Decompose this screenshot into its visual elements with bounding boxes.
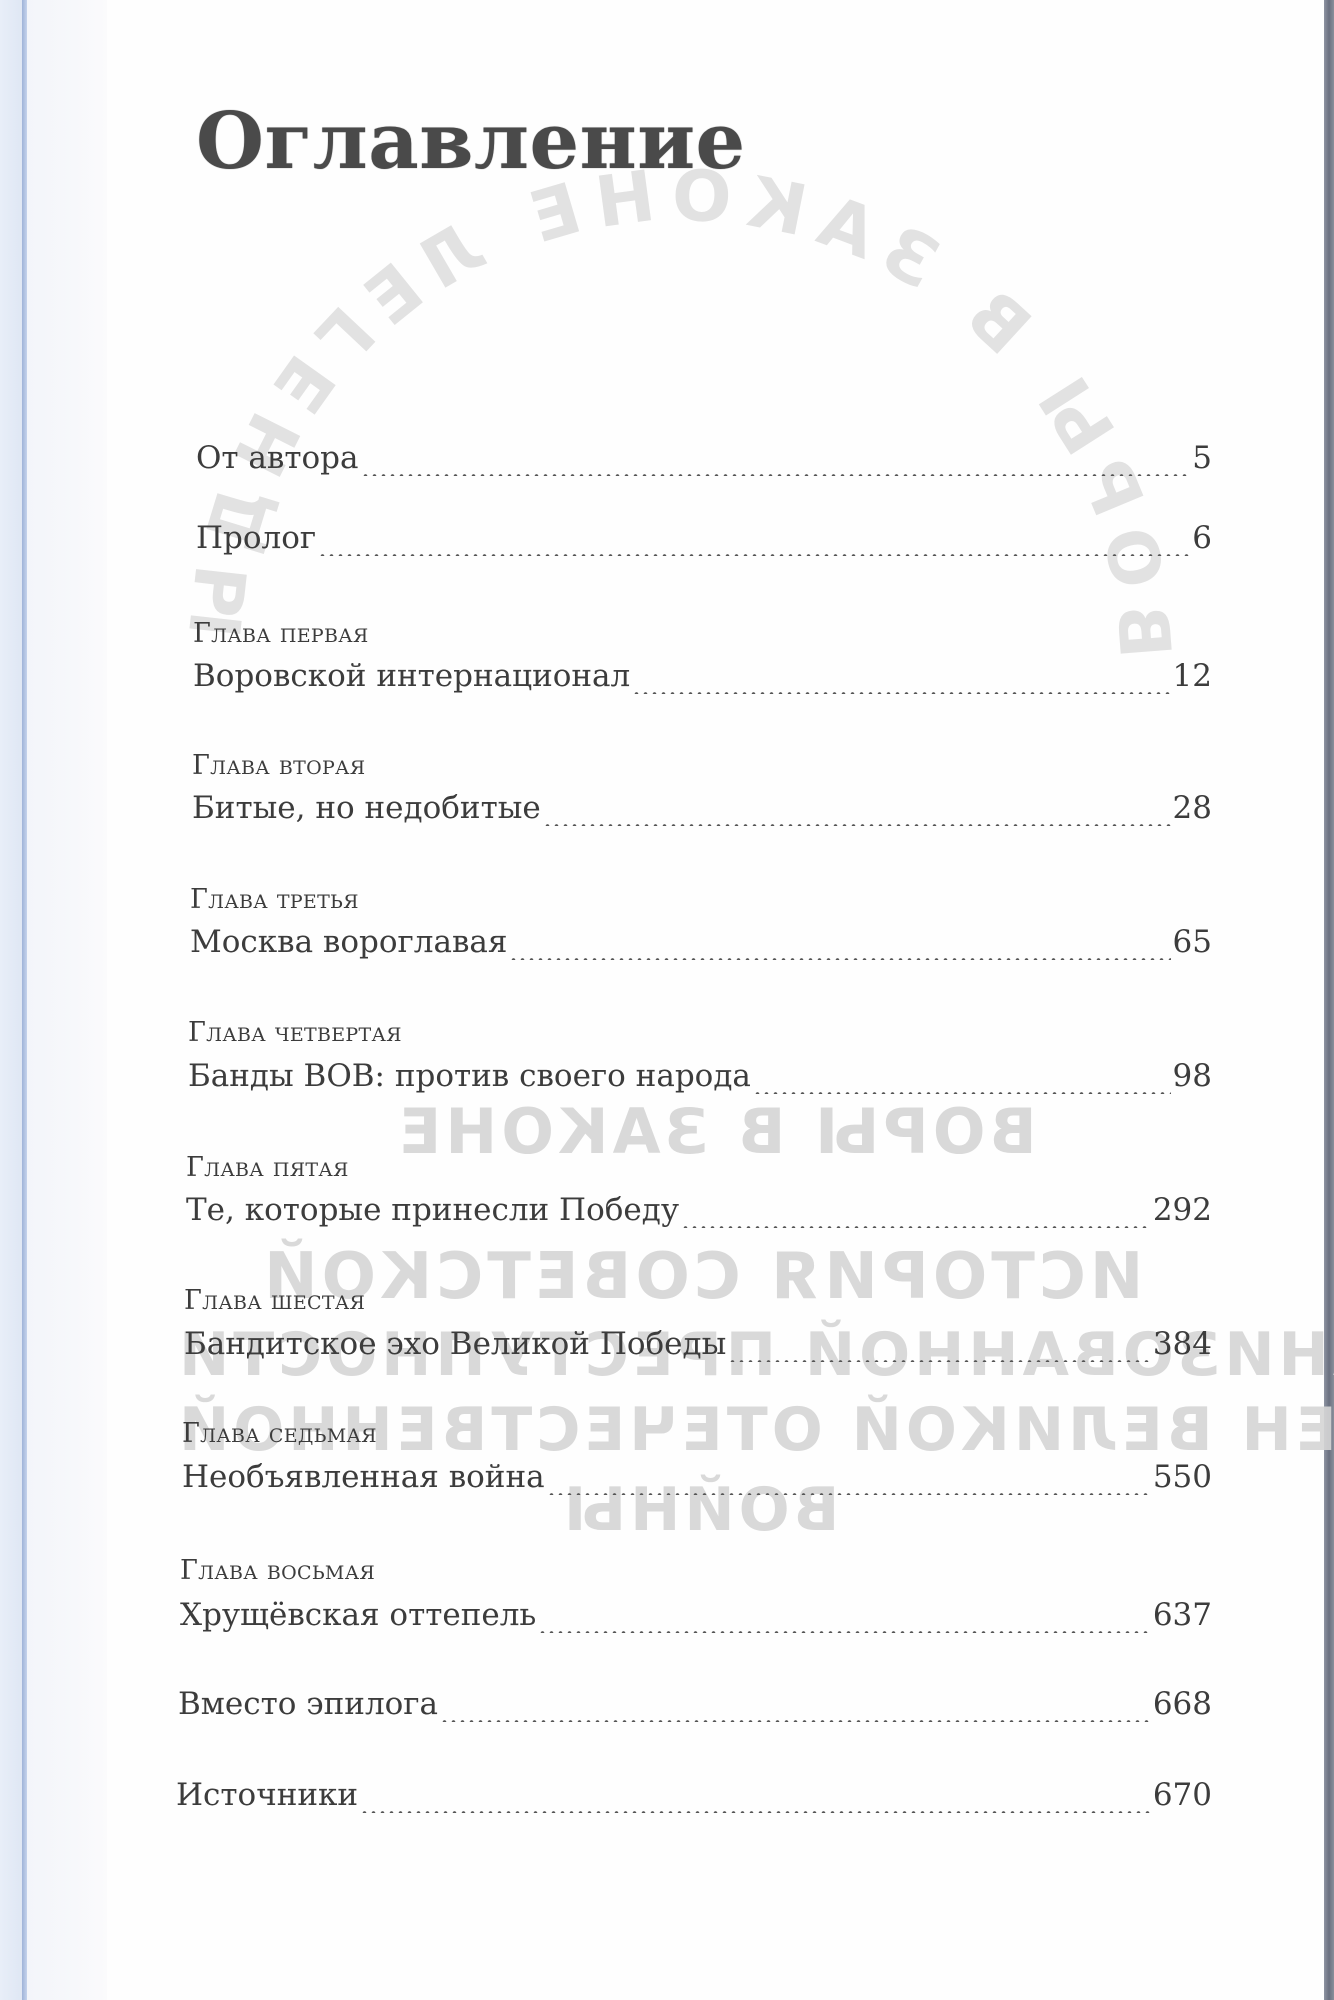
toc-entry-title: Хрущёвская оттепель xyxy=(180,1597,536,1633)
toc-page-number: 637 xyxy=(1153,1597,1212,1633)
toc-entry[interactable]: Воровской интернационал12 xyxy=(193,658,1212,704)
toc-page-number: 550 xyxy=(1153,1459,1212,1495)
toc-page-number: 6 xyxy=(1192,520,1212,556)
toc-entry-title: От автора xyxy=(196,440,359,476)
dot-leader xyxy=(361,464,1191,476)
toc-page-number: 670 xyxy=(1153,1777,1212,1813)
dot-leader xyxy=(728,1350,1151,1362)
toc-entry-title: Те, которые принесли Победу xyxy=(186,1192,679,1228)
chapter-label: Глава вторая xyxy=(192,750,365,781)
toc-page-number: 668 xyxy=(1153,1686,1212,1722)
toc-entry[interactable]: Необъявленная война550 xyxy=(182,1459,1212,1505)
toc-entry-title: Бандитское эхо Великой Победы xyxy=(184,1326,726,1362)
page-title: Оглавление xyxy=(196,96,746,187)
toc-entry[interactable]: Источники670 xyxy=(176,1777,1212,1823)
chapter-label: Глава седьмая xyxy=(182,1418,377,1449)
toc-entry[interactable]: Вместо эпилога668 xyxy=(178,1686,1212,1732)
dot-leader xyxy=(543,814,1171,826)
toc-entry-title: Необъявленная война xyxy=(182,1459,545,1495)
toc-page-number: 98 xyxy=(1173,1058,1212,1094)
toc-page-number: 65 xyxy=(1173,924,1212,960)
toc-entry[interactable]: Хрущёвская оттепель637 xyxy=(180,1597,1212,1643)
toc-page-number: 5 xyxy=(1192,440,1212,476)
toc-entry[interactable]: Битые, но недобитые28 xyxy=(192,790,1212,836)
toc-entry-title: Вместо эпилога xyxy=(178,1686,438,1722)
dot-leader xyxy=(753,1082,1171,1094)
toc-page-number: 292 xyxy=(1153,1192,1212,1228)
dot-leader xyxy=(318,544,1190,556)
toc-entry-title: Банды ВОВ: против своего народа xyxy=(188,1058,751,1094)
toc-page-number: 384 xyxy=(1153,1326,1212,1362)
toc-entry[interactable]: От автора5 xyxy=(196,440,1212,486)
chapter-label: Глава пятая xyxy=(186,1152,349,1183)
toc-entry-title: Битые, но недобитые xyxy=(192,790,541,826)
toc-entry[interactable]: Те, которые принесли Победу292 xyxy=(186,1192,1212,1238)
chapter-label: Глава восьмая xyxy=(180,1555,375,1586)
page-gutter xyxy=(27,0,107,2000)
dot-leader xyxy=(509,948,1170,960)
page-edge xyxy=(1324,0,1334,2000)
toc-entry-title: Пролог xyxy=(196,520,316,556)
toc-page-number: 28 xyxy=(1173,790,1212,826)
dot-leader xyxy=(547,1483,1151,1495)
toc-entry[interactable]: Пролог6 xyxy=(196,520,1212,566)
toc-entry[interactable]: Бандитское эхо Великой Победы384 xyxy=(184,1326,1212,1372)
dot-leader xyxy=(681,1216,1151,1228)
binding-strip xyxy=(0,0,22,2000)
dot-leader xyxy=(538,1621,1151,1633)
toc-entry-title: Москва вороглавая xyxy=(190,924,507,960)
toc-entry[interactable]: Банды ВОВ: против своего народа98 xyxy=(188,1058,1212,1104)
chapter-label: Глава первая xyxy=(193,618,369,649)
dot-leader xyxy=(360,1801,1151,1813)
toc-entry-title: Воровской интернационал xyxy=(193,658,630,694)
toc-page-number: 12 xyxy=(1173,658,1212,694)
toc-entry[interactable]: Москва вороглавая65 xyxy=(190,924,1212,970)
dot-leader xyxy=(632,682,1170,694)
chapter-label: Глава третья xyxy=(190,884,359,915)
chapter-label: Глава четвертая xyxy=(188,1017,402,1048)
toc-entry-title: Источники xyxy=(176,1777,358,1813)
chapter-label: Глава шестая xyxy=(184,1285,365,1316)
dot-leader xyxy=(440,1710,1151,1722)
